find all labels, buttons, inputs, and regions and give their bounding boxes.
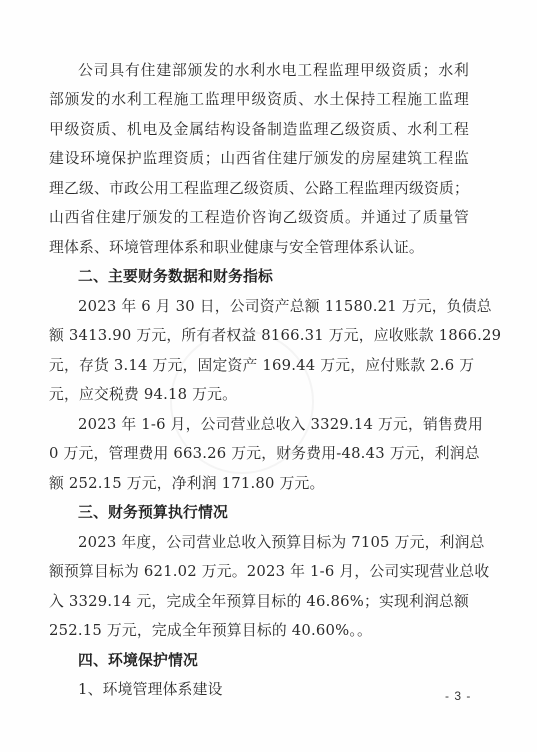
paragraph-line: 额 252.15 万元，净利润 171.80 万元。 — [49, 473, 469, 495]
section-heading: 四、环境保护情况 — [78, 650, 198, 672]
paragraph-line: 公司具有住建部颁发的水利水电工程监理甲级资质；水利 — [78, 60, 469, 82]
paragraph-line: 入 3329.14 元，完成全年预算目标的 46.86%；实现利润总额 — [49, 591, 469, 613]
paragraph-line: 2023 年 1-6 月，公司营业总收入 3329.14 万元，销售费用 — [78, 414, 469, 436]
paragraph-line: 理乙级、市政公用工程监理乙级资质、公路工程监理丙级资质； — [49, 178, 469, 200]
paragraph-line: 理体系、环境管理体系和职业健康与安全管理体系认证。 — [49, 237, 469, 259]
paragraph-line: 部颁发的水利工程施工监理甲级资质、水土保持工程施工监理 — [49, 89, 469, 111]
paragraph-line: 元，应交税费 94.18 万元。 — [49, 384, 469, 406]
paragraph-line: 2023 年 6 月 30 日，公司资产总额 11580.21 万元，负债总 — [78, 296, 469, 318]
paragraph-line: 额 3413.90 万元，所有者权益 8166.31 万元，应收账款 1866.… — [49, 325, 469, 347]
section-heading: 二、主要财务数据和财务指标 — [78, 266, 273, 288]
paragraph-line: 2023 年度，公司营业总收入预算目标为 7105 万元，利润总 — [78, 532, 469, 554]
paragraph-line: 252.15 万元，完成全年预算目标的 40.60%。。 — [49, 620, 469, 642]
paragraph-line: 额预算目标为 621.02 万元。2023 年 1-6 月，公司实现营业总收 — [49, 561, 469, 583]
section-heading: 三、财务预算执行情况 — [78, 502, 228, 524]
paragraph-line: 山西省住建厅颁发的工程造价咨询乙级资质。并通过了质量管 — [49, 207, 469, 229]
paragraph-line: 甲级资质、机电及金属结构设备制造监理乙级资质、水利工程 — [49, 119, 469, 141]
subsection-heading: 1、环境管理体系建设 — [78, 679, 223, 701]
paragraph-line: 元，存货 3.14 万元，固定资产 169.44 万元，应付账款 2.6 万 — [49, 355, 469, 377]
paragraph-line: 建设环境保护监理资质；山西省住建厅颁发的房屋建筑工程监 — [49, 148, 469, 170]
page-number: - 3 - — [445, 689, 471, 703]
paragraph-line: 0 万元，管理费用 663.26 万元，财务费用-48.43 万元，利润总 — [49, 443, 469, 465]
document-page: 公司具有住建部颁发的水利水电工程监理甲级资质；水利 部颁发的水利工程施工监理甲级… — [0, 0, 537, 752]
